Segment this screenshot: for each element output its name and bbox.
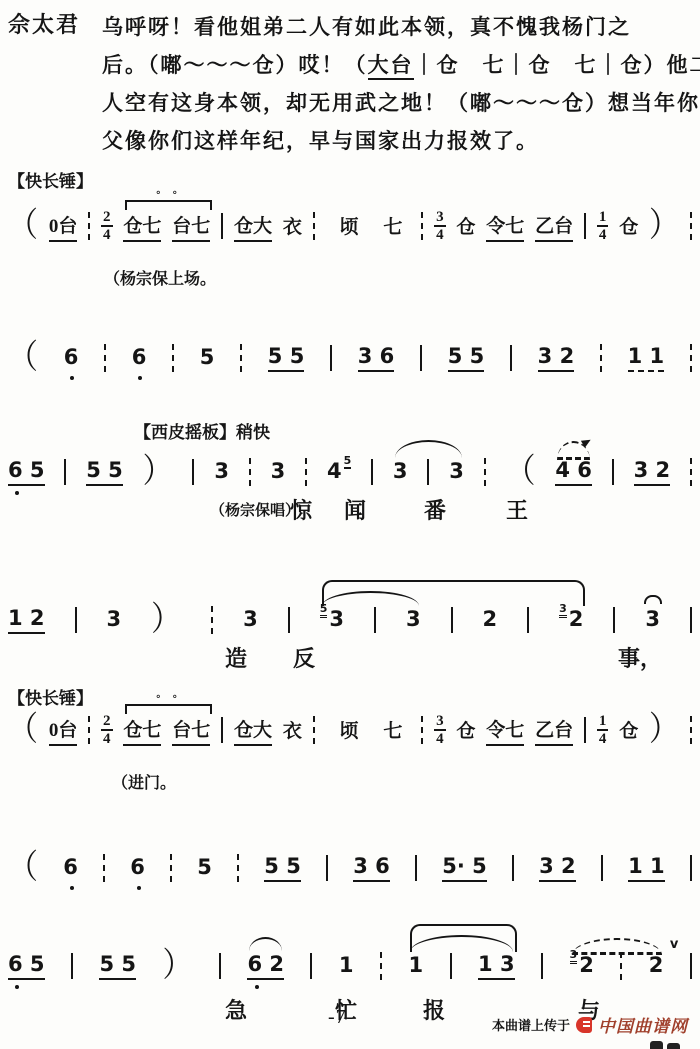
- low-octave-dot: [137, 886, 141, 890]
- note-value: 1: [339, 953, 354, 979]
- barline: [421, 212, 423, 240]
- barline: [211, 606, 213, 634]
- lyric-syllable: 闻: [344, 494, 366, 525]
- barline: [380, 952, 382, 980]
- note: 1 1: [628, 854, 665, 882]
- barline: [374, 607, 376, 633]
- note: 仓七: [123, 715, 161, 746]
- singer-attribution: （杨宗保唱）: [210, 499, 300, 520]
- dialogue-line: 父像你们这样年纪，早与国家出力报效了。: [102, 122, 700, 160]
- muffled-circles: ° °: [156, 190, 181, 201]
- note-value: 1 1: [628, 344, 665, 372]
- parenthesis: ）: [163, 949, 193, 983]
- parenthesis: ）: [649, 209, 679, 243]
- barline: [527, 607, 529, 633]
- parenthesis: （: [506, 455, 536, 489]
- note: 衣: [283, 716, 302, 745]
- slur: [410, 935, 513, 952]
- barline: [690, 212, 692, 240]
- note: 4 6: [555, 458, 592, 486]
- note: 1 1: [628, 344, 665, 372]
- note-value: 顷: [340, 212, 359, 241]
- note: 仓大: [234, 715, 272, 746]
- grace-note: 5: [320, 603, 328, 618]
- note-value: 4: [327, 459, 342, 485]
- muffled-stroke-bracket: ° °: [125, 200, 212, 210]
- note-value: 4 6: [555, 458, 592, 486]
- note: 6 2: [247, 952, 284, 980]
- barline: [612, 459, 614, 485]
- note: 3: [449, 459, 464, 485]
- note: 台七: [172, 211, 210, 242]
- note: 2v: [649, 953, 664, 979]
- note: 仓: [619, 716, 638, 745]
- note-value: 5· 5: [442, 854, 487, 882]
- note-value: 仓七: [123, 715, 161, 746]
- barline: [690, 458, 692, 486]
- barline: [288, 607, 290, 633]
- time-sig-denominator: 4: [599, 731, 607, 748]
- note: 乙台: [535, 715, 573, 746]
- note-value: 6: [132, 345, 147, 371]
- grace-note: 5: [344, 455, 352, 469]
- lyric-syllable: 造: [225, 642, 247, 673]
- barline: [690, 716, 692, 744]
- note-value: 5 5: [86, 458, 123, 486]
- barline: [88, 212, 90, 240]
- dialogue-line: 乌呼呀！看他姐弟二人有如此本领，真不愧我杨门之: [102, 8, 700, 46]
- note-value: 仓: [619, 716, 638, 745]
- note-value: 令七: [486, 211, 524, 242]
- barline: [420, 345, 422, 371]
- time-sig-numerator: 3: [434, 713, 446, 732]
- watermark-site-name: 中国曲谱网: [598, 1012, 688, 1037]
- note: 仓: [456, 212, 475, 241]
- stage-direction: （杨宗保上场。: [104, 266, 216, 289]
- stage-direction: （进门。: [112, 770, 176, 793]
- time-sig-denominator: 4: [436, 227, 444, 244]
- note: 5· 5: [442, 854, 487, 882]
- barline: [75, 607, 77, 633]
- barline: [313, 716, 315, 744]
- note: 6: [64, 345, 79, 371]
- note-value: 6 5: [8, 952, 45, 980]
- time-sig-numerator: 1: [597, 209, 609, 228]
- note: 6 5: [8, 952, 45, 980]
- low-octave-dot: [138, 376, 142, 380]
- note-value: 衣: [283, 212, 302, 241]
- breath-mark: v: [670, 937, 678, 952]
- music-line: （6655 53 65· 53 21 1: [8, 846, 692, 890]
- time-signature: 34: [434, 713, 446, 748]
- low-octave-dot: [255, 985, 259, 989]
- note: 5 5: [448, 344, 485, 372]
- note-value: 乙台: [535, 715, 573, 746]
- barline: [310, 953, 312, 979]
- music-line: 6 55 5）334533（4 63 2: [8, 450, 692, 494]
- note: 七: [383, 716, 402, 745]
- note-value: 3: [645, 607, 660, 633]
- note: 3: [214, 459, 229, 485]
- barline: [371, 459, 373, 485]
- note: 0台: [49, 715, 78, 746]
- cropped-corner-mark: [667, 1043, 680, 1049]
- music-site-logo-icon: [576, 1017, 592, 1033]
- note: 仓: [619, 212, 638, 241]
- note: 衣: [283, 212, 302, 241]
- lyric-syllable: 报: [423, 994, 445, 1025]
- barline: [71, 953, 73, 979]
- barline: [427, 459, 429, 485]
- barline: [88, 716, 90, 744]
- note: 仓大: [234, 211, 272, 242]
- parenthesis: （: [8, 851, 38, 885]
- barline: [690, 607, 692, 633]
- speaker-name: 佘太君: [8, 8, 80, 39]
- note-value: 3: [214, 459, 229, 485]
- note: 45: [327, 459, 351, 485]
- barline: [512, 855, 514, 881]
- barline: [584, 213, 586, 239]
- sheet-music-page: 佘太君 乌呼呀！看他姐弟二人有如此本领，真不愧我杨门之 后。（嘟～～～仓）哎！（…: [0, 0, 700, 1049]
- lyric-syllable: 王: [506, 494, 528, 525]
- note-value: 5 5: [264, 854, 301, 882]
- barline: [103, 854, 105, 882]
- note: 5: [197, 855, 212, 881]
- note-value: 仓: [456, 212, 475, 241]
- note-value: 1 2: [8, 606, 45, 634]
- note-value: 3: [393, 459, 408, 485]
- lyric-syllable: 急: [225, 994, 247, 1025]
- low-octave-dot: [70, 886, 74, 890]
- time-signature: 14: [597, 209, 609, 244]
- note-value: 6 5: [8, 458, 45, 486]
- note: 1: [408, 953, 423, 979]
- note: 32: [559, 607, 583, 633]
- note: 5 5: [268, 344, 305, 372]
- note: 乙台: [535, 211, 573, 242]
- slur: [395, 440, 462, 458]
- barline: [620, 952, 622, 980]
- note: 3: [393, 459, 408, 485]
- barline: [484, 458, 486, 486]
- note: 3: [107, 607, 122, 633]
- note-value: 5 5: [268, 344, 305, 372]
- barline: [64, 459, 66, 485]
- time-sig-numerator: 2: [101, 713, 113, 732]
- note-value: 3: [329, 607, 344, 633]
- percussion-pattern-label: 【西皮摇板】稍快: [134, 418, 270, 443]
- watermark-prefix: 本曲谱上传于: [492, 1015, 570, 1034]
- low-octave-dot: [70, 376, 74, 380]
- note: 顷: [340, 212, 359, 241]
- lyric-syllable: 事，: [618, 642, 662, 673]
- parenthesis: （: [8, 713, 38, 747]
- barline: [219, 953, 221, 979]
- note: 5 5: [86, 458, 123, 486]
- barline: [584, 717, 586, 743]
- barline: [104, 344, 106, 372]
- note: 顷: [340, 716, 359, 745]
- note: 1 3: [478, 952, 515, 980]
- note-value: 仓大: [234, 211, 272, 242]
- percussion-pattern-label: 【快长锤】: [8, 167, 93, 192]
- parenthesis: ）: [649, 713, 679, 747]
- note: 6 5: [8, 458, 45, 486]
- note-value: 乙台: [535, 211, 573, 242]
- time-sig-numerator: 2: [101, 209, 113, 228]
- note-value: 仓: [456, 716, 475, 745]
- parenthesis: （: [8, 209, 38, 243]
- note-value: 2: [569, 607, 584, 633]
- note-value: 0台: [49, 715, 78, 746]
- underlined-gong-syllables: 大台: [368, 53, 414, 80]
- barline: [690, 855, 692, 881]
- barline: [541, 953, 543, 979]
- note: 0台: [49, 211, 78, 242]
- time-sig-denominator: 4: [599, 227, 607, 244]
- barline: [613, 607, 615, 633]
- note-value: 0台: [49, 211, 78, 242]
- lyric-syllable: 番: [424, 494, 446, 525]
- cropped-corner-mark: [650, 1041, 663, 1049]
- note-value: 6 2: [247, 952, 284, 980]
- note: 6: [130, 855, 145, 881]
- note: 3 6: [353, 854, 390, 882]
- watermark: 本曲谱上传于 中国曲谱网: [492, 1012, 688, 1037]
- note: 3: [271, 459, 286, 485]
- note-value: 令七: [486, 715, 524, 746]
- music-line: （0台24仓七台七仓大衣顷七34仓令七乙台14仓）° °: [8, 198, 692, 254]
- parenthesis: （: [8, 341, 38, 375]
- music-line: 1 23）35332323: [8, 598, 692, 642]
- slur: [322, 591, 419, 606]
- muffled-stroke-bracket: ° °: [125, 704, 212, 714]
- note: 5 5: [99, 952, 136, 980]
- barline: [451, 607, 453, 633]
- note: 2: [483, 607, 498, 633]
- note: 32: [570, 953, 594, 979]
- note-value: 仓七: [123, 211, 161, 242]
- note-value: 仓: [619, 212, 638, 241]
- note: 3: [243, 607, 258, 633]
- note-value: 5 5: [448, 344, 485, 372]
- note-value: 3 2: [539, 854, 576, 882]
- note-value: 3: [271, 459, 286, 485]
- note: 仓七: [123, 211, 161, 242]
- music-line: （6655 53 65 53 21 1: [8, 336, 692, 380]
- note-value: 1: [408, 953, 423, 979]
- note-value: 七: [383, 716, 402, 745]
- barline: [690, 344, 692, 372]
- barline: [415, 855, 417, 881]
- barline: [172, 344, 174, 372]
- note-value: 2: [483, 607, 498, 633]
- note: 3: [645, 607, 660, 633]
- note-value: 3 2: [538, 344, 575, 372]
- parenthesis: ）: [143, 455, 173, 489]
- time-signature: 24: [101, 209, 113, 244]
- note-value: 6: [63, 855, 78, 881]
- note-value: 1 3: [478, 952, 515, 980]
- barline: [221, 717, 223, 743]
- note-value: 3: [107, 607, 122, 633]
- barline: [421, 716, 423, 744]
- note-value: 衣: [283, 716, 302, 745]
- note-value: 3 6: [358, 344, 395, 372]
- note: 3 6: [358, 344, 395, 372]
- barline: [221, 213, 223, 239]
- music-line: 6 55 5）6 2111 3322v: [8, 944, 692, 988]
- note-value: 6: [130, 855, 145, 881]
- slur: [322, 580, 585, 606]
- dialogue-block: 佘太君 乌呼呀！看他姐弟二人有如此本领，真不愧我杨门之 后。（嘟～～～仓）哎！（…: [8, 8, 700, 160]
- time-sig-denominator: 4: [436, 731, 444, 748]
- muffled-circles: ° °: [156, 694, 181, 705]
- slur: [249, 937, 282, 951]
- barline: [326, 855, 328, 881]
- time-sig-denominator: 4: [103, 731, 111, 748]
- barline: [305, 458, 307, 486]
- note-value: 2: [649, 953, 664, 979]
- time-signature: 34: [434, 209, 446, 244]
- parenthesis: ）: [151, 603, 181, 637]
- barline: [330, 345, 332, 371]
- note: 令七: [486, 715, 524, 746]
- time-sig-denominator: 4: [103, 227, 111, 244]
- barline: [170, 854, 172, 882]
- time-sig-numerator: 3: [434, 209, 446, 228]
- slur: [410, 924, 517, 952]
- note: 3 2: [539, 854, 576, 882]
- note-value: 台七: [172, 715, 210, 746]
- note-value: 3 6: [353, 854, 390, 882]
- barline: [601, 855, 603, 881]
- note: 1: [339, 953, 354, 979]
- lyric-syllable: 反: [293, 642, 315, 673]
- note: 3 2: [634, 458, 671, 486]
- note-value: 5: [200, 345, 215, 371]
- music-line: （0台24仓七台七仓大衣顷七34仓令七乙台14仓）° °: [8, 702, 692, 758]
- barline: [192, 459, 194, 485]
- note: 6: [132, 345, 147, 371]
- note-value: 台七: [172, 211, 210, 242]
- note: 1 2: [8, 606, 45, 634]
- note: 53: [320, 607, 344, 633]
- grace-note: 3: [570, 949, 578, 964]
- barline: [249, 458, 251, 486]
- tie-mark: [644, 595, 662, 604]
- note: 5 5: [264, 854, 301, 882]
- note: 3: [406, 607, 421, 633]
- note-value: 5 5: [99, 952, 136, 980]
- dialogue-line: 人空有这身本领，却无用武之地！（嘟～～～仓）想当年你: [102, 84, 700, 122]
- note-value: 6: [64, 345, 79, 371]
- note: 5: [200, 345, 215, 371]
- dialogue-text: 乌呼呀！看他姐弟二人有如此本领，真不愧我杨门之 后。（嘟～～～仓）哎！（大台｜仓…: [102, 8, 700, 160]
- note: 3 2: [538, 344, 575, 372]
- barline: [237, 854, 239, 882]
- low-octave-dot: [15, 985, 19, 989]
- note-value: 1 1: [628, 854, 665, 882]
- lyrics-row: （杨宗保唱）惊闻番王: [0, 494, 700, 524]
- barline: [313, 212, 315, 240]
- note: 6: [63, 855, 78, 881]
- grace-note: 3: [559, 603, 567, 618]
- note: 七: [383, 212, 402, 241]
- barline: [690, 953, 692, 979]
- lyrics-row: 造反事，: [0, 642, 700, 672]
- time-sig-numerator: 1: [597, 713, 609, 732]
- time-signature: 24: [101, 713, 113, 748]
- time-signature: 14: [597, 713, 609, 748]
- note-value: 3: [406, 607, 421, 633]
- note-value: 3: [243, 607, 258, 633]
- note-value: 顷: [340, 716, 359, 745]
- barline: [450, 953, 452, 979]
- note-value: 七: [383, 212, 402, 241]
- barline: [510, 345, 512, 371]
- page-number: -7-: [328, 1006, 354, 1029]
- note-value: 3: [449, 459, 464, 485]
- note-value: 2: [579, 953, 594, 979]
- note: 仓: [456, 716, 475, 745]
- note: 令七: [486, 211, 524, 242]
- lyric-syllable: 惊: [290, 494, 312, 525]
- note: 台七: [172, 715, 210, 746]
- note-value: 仓大: [234, 715, 272, 746]
- barline: [240, 344, 242, 372]
- note-value: 5: [197, 855, 212, 881]
- dialogue-line: 后。（嘟～～～仓）哎！（大台｜仓 七｜仓 七｜仓）他二: [102, 46, 700, 84]
- barline: [600, 344, 602, 372]
- note-value: 3 2: [634, 458, 671, 486]
